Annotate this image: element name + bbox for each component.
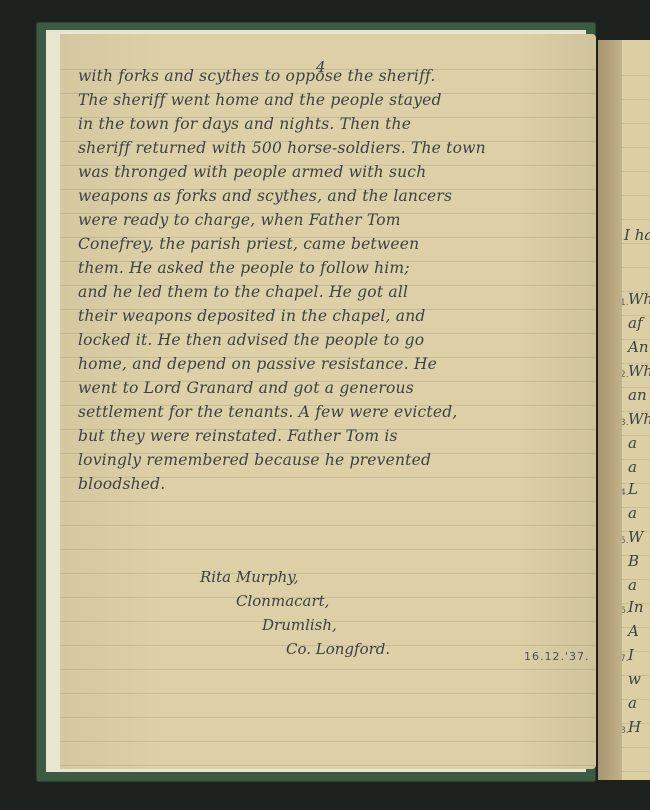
text-line: The sheriff went home and the people sta… [78,88,598,112]
item-text: Wh [628,410,650,428]
next-page-heading: I ha [624,226,650,244]
item-text: Wh [628,362,650,380]
book-gutter [598,40,622,780]
body-text: with forks and scythes to oppose the she… [78,64,598,496]
text-line: lovingly remembered because he prevented [78,448,598,472]
item-text: a [628,504,637,522]
text-line: them. He asked the people to follow him; [78,256,598,280]
text-line: home, and depend on passive resistance. … [78,352,598,376]
text-line: in the town for days and nights. Then th… [78,112,598,136]
item-text: An [628,338,649,356]
item-text: a [628,576,637,594]
text-line: weapons as forks and scythes, and the la… [78,184,598,208]
author-name: Rita Murphy, [200,565,299,589]
item-text: an [628,386,647,404]
item-text: a [628,434,637,452]
item-text: In [628,598,644,616]
item-text: Wh [628,290,650,308]
text-line: with forks and scythes to oppose the she… [78,64,598,88]
text-line: was thronged with people armed with such [78,160,598,184]
item-text: a [628,694,637,712]
text-line: Conefrey, the parish priest, came betwee… [78,232,598,256]
next-page-fragment: I ha 1. Wh af An 2. Wh an 3. Wh a a 4. L… [622,40,650,780]
item-text: H [628,718,641,736]
item-text: L [628,480,638,498]
item-text: w [628,670,641,688]
text-line: were ready to charge, when Father Tom [78,208,598,232]
item-text: A [628,622,639,640]
address-county: Co. Longford. [286,637,390,661]
item-text: W [628,528,643,546]
date: 16.12.'37. [524,650,590,663]
text-line: but they were reinstated. Father Tom is [78,424,598,448]
address-townland: Clonmacart, [236,589,329,613]
item-text: af [628,314,643,332]
text-line: their weapons deposited in the chapel, a… [78,304,598,328]
text-line: settlement for the tenants. A few were e… [78,400,598,424]
text-line: locked it. He then advised the people to… [78,328,598,352]
text-line: sheriff returned with 500 horse-soldiers… [78,136,598,160]
text-line: and he led them to the chapel. He got al… [78,280,598,304]
address-village: Drumlish, [262,613,337,637]
item-text: B [628,552,639,570]
text-line: went to Lord Granard and got a generous [78,376,598,400]
text-line: bloodshed. [78,472,598,496]
item-text: a [628,458,637,476]
item-text: I [628,646,634,664]
